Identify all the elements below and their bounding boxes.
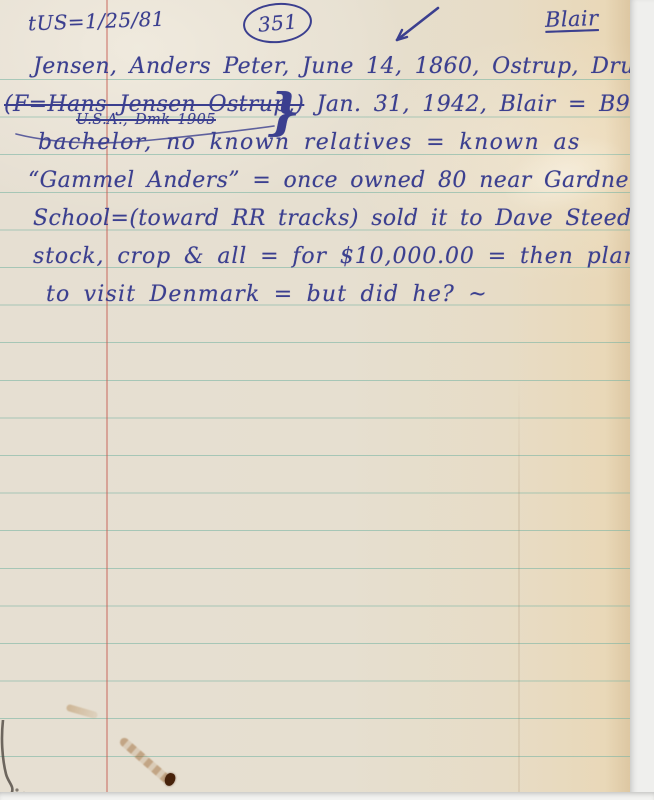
handwritten-line: stock, crop & all = for $10,000.00 = the… (33, 242, 630, 272)
line-text: Jan. 31, 1942, Blair = B96 (317, 92, 630, 117)
vertical-crease (518, 378, 520, 792)
header-title: Blair (544, 3, 598, 35)
notebook-page: tUS=1/25/81 351 Blair Jensen, Anders Pet… (0, 0, 630, 792)
left-edge-tear (0, 720, 30, 792)
handwritten-line: “Gammel Anders” = once owned 80 near Gar… (28, 166, 630, 196)
handwritten-line: to visit Denmark = but did he? ~ (46, 280, 488, 310)
scanner-background-bottom (0, 792, 654, 800)
handwritten-line: Jensen, Anders Peter, June 14, 1860, Ost… (33, 52, 630, 82)
scanner-background-right (630, 0, 654, 800)
header-date-note: tUS=1/25/81 (28, 4, 166, 39)
handwritten-line: School=(toward RR tracks) sold it to Dav… (33, 204, 630, 234)
circled-page-number: 351 (241, 0, 314, 46)
handwritten-line: bachelor, no known relatives = known as (38, 128, 581, 158)
scanned-document: tUS=1/25/81 351 Blair Jensen, Anders Pet… (0, 0, 654, 800)
down-left-arrow-icon (382, 4, 446, 52)
